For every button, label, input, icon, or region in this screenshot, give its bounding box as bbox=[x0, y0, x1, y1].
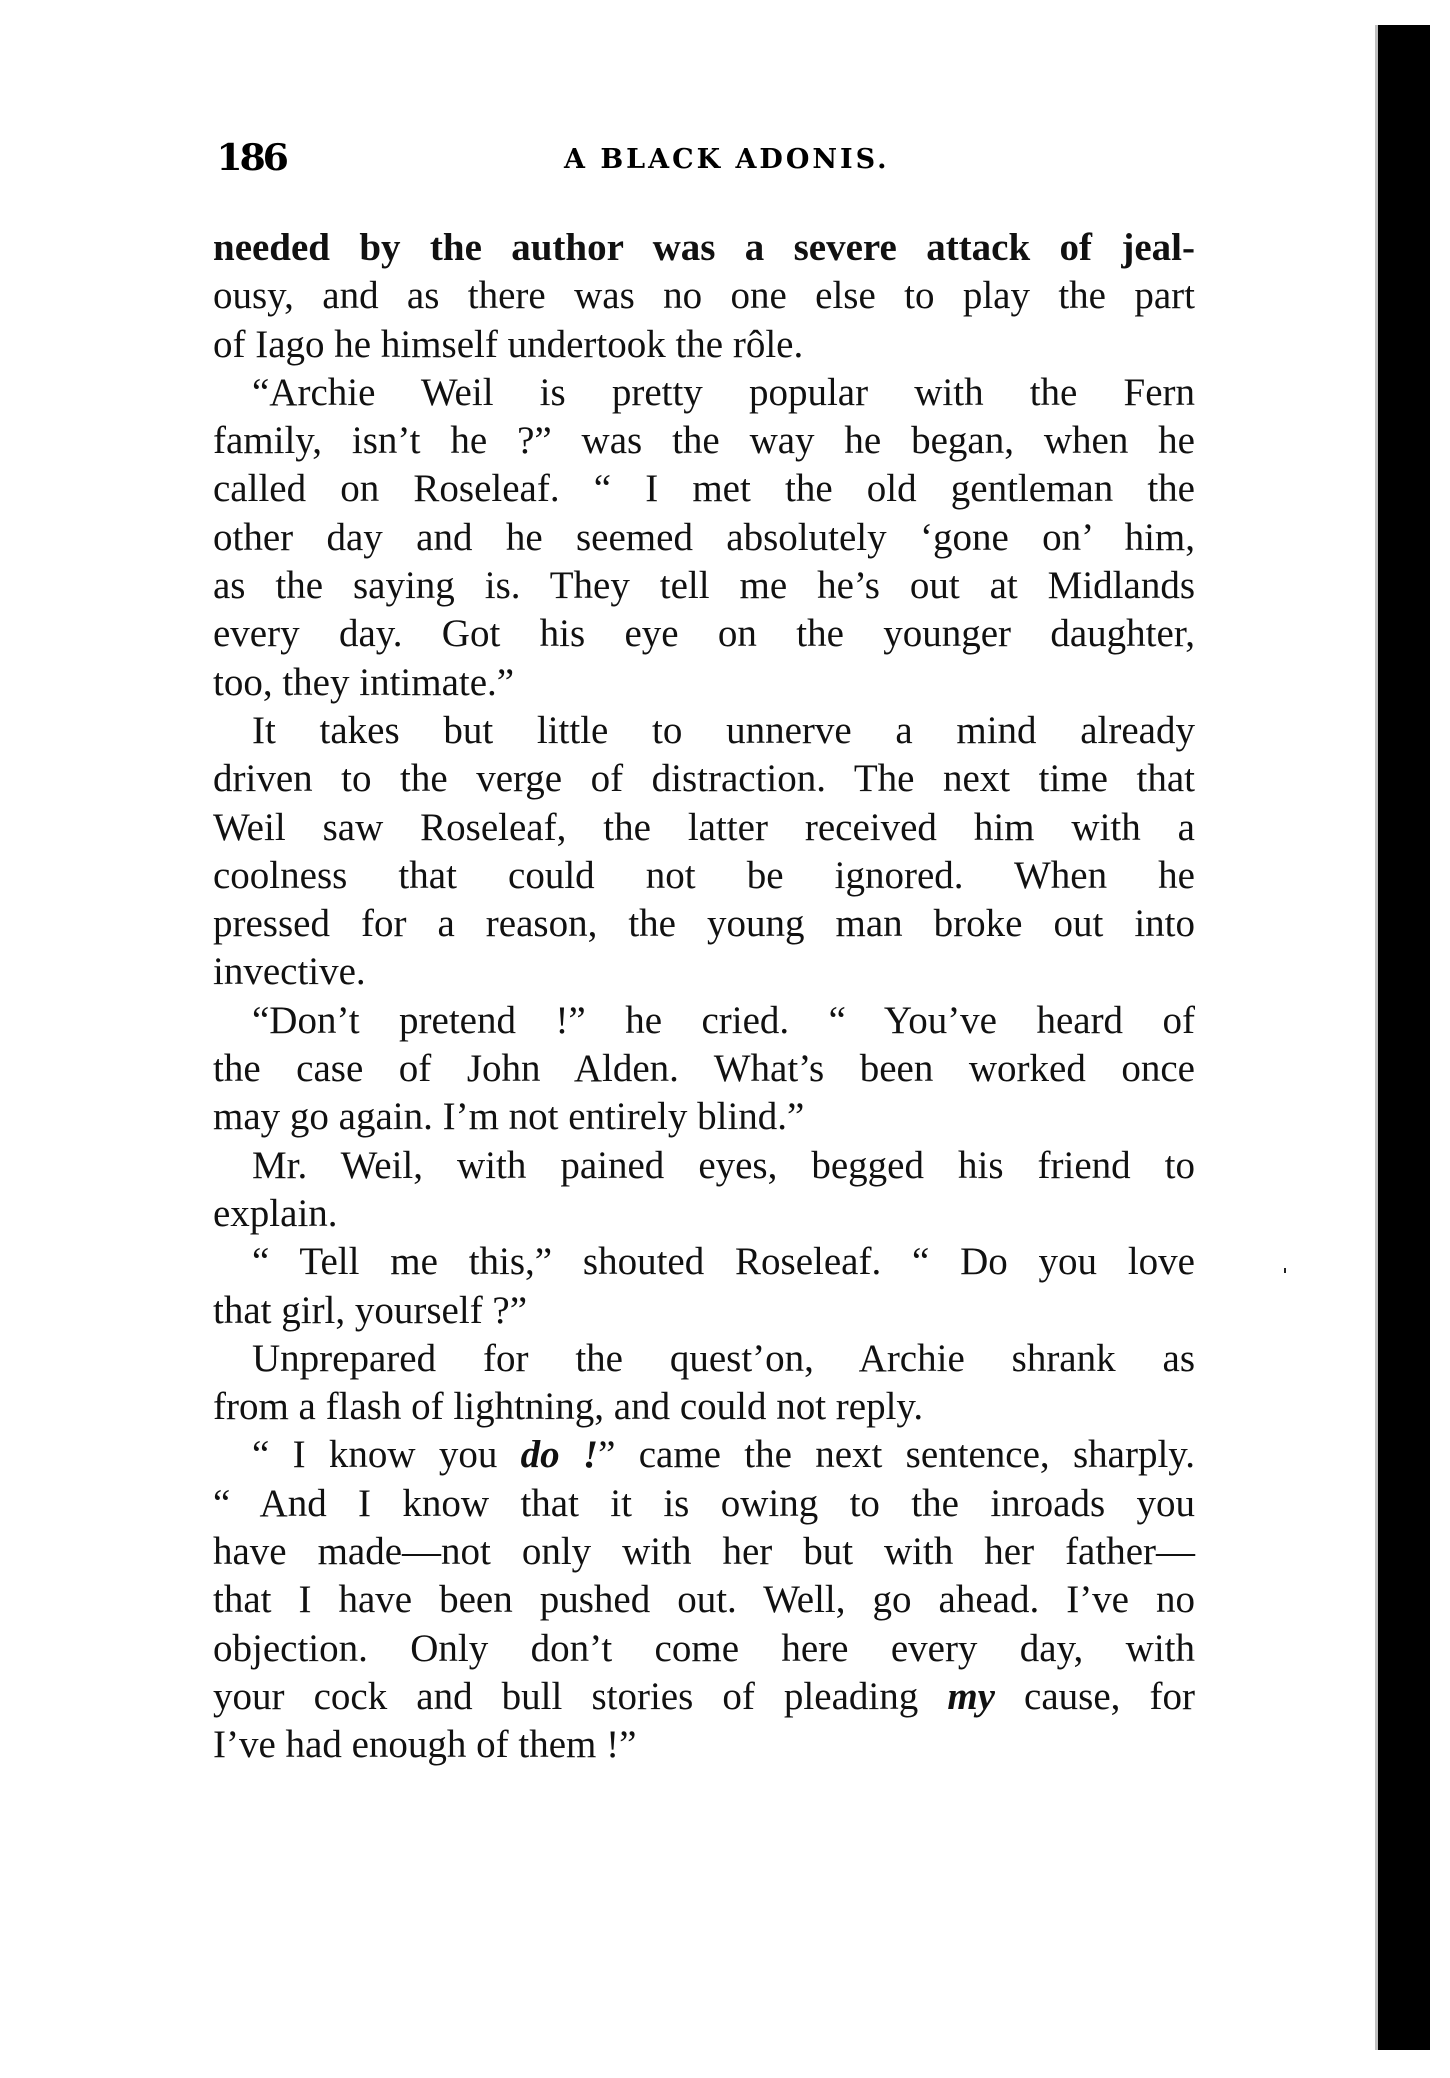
text-line: It takes but little to unnerve a mind al… bbox=[213, 707, 1195, 755]
italic-emphasis: my bbox=[947, 1675, 995, 1718]
text-line: I’ve had enough of them !” bbox=[213, 1721, 1195, 1769]
page-number: 186 bbox=[216, 136, 285, 180]
text-segment: ” came the next sentence, sharply. bbox=[598, 1433, 1195, 1476]
running-head: 186 A BLACK ADONIS. bbox=[218, 136, 1198, 180]
scanned-book-page: 186 A BLACK ADONIS. needed by the author… bbox=[0, 0, 1450, 2078]
text-line: pressed for a reason, the young man brok… bbox=[213, 900, 1195, 948]
text-line: family, isn’t he ?” was the way he began… bbox=[213, 417, 1195, 465]
text-segment: cause, for bbox=[995, 1675, 1195, 1718]
text-line: that I have been pushed out. Well, go ah… bbox=[213, 1576, 1195, 1624]
text-line: invective. bbox=[213, 948, 1195, 996]
text-segment: “ I know you bbox=[213, 1433, 521, 1476]
text-line: as the saying is. They tell me he’s out … bbox=[213, 562, 1195, 610]
text-line: Unprepared for the quest’on, Archie shra… bbox=[213, 1335, 1195, 1383]
italic-emphasis: do ! bbox=[521, 1433, 598, 1476]
binding-edge-shadow bbox=[1378, 25, 1430, 2050]
text-line: explain. bbox=[213, 1190, 1195, 1238]
text-line: the case of John Alden. What’s been work… bbox=[213, 1045, 1195, 1093]
running-title: A BLACK ADONIS. bbox=[564, 142, 890, 178]
text-line: needed by the author was a severe attack… bbox=[213, 224, 1195, 272]
text-line: your cock and bull stories of pleading m… bbox=[213, 1673, 1195, 1721]
text-segment: your cock and bull stories of pleading bbox=[213, 1675, 947, 1718]
text-line: from a flash of lightning, and could not… bbox=[213, 1383, 1195, 1431]
text-line: called on Roseleaf. “ I met the old gent… bbox=[213, 465, 1195, 513]
text-line: “Archie Weil is pretty popular with the … bbox=[213, 369, 1195, 417]
text-line: other day and he seemed absolutely ‘gone… bbox=[213, 514, 1195, 562]
text-line: too, they intimate.” bbox=[213, 659, 1195, 707]
text-line: coolness that could not be ignored. When… bbox=[213, 852, 1195, 900]
text-line: driven to the verge of distraction. The … bbox=[213, 755, 1195, 803]
text-line: “ And I know that it is owing to the inr… bbox=[213, 1480, 1195, 1528]
text-line: Weil saw Roseleaf, the latter received h… bbox=[213, 804, 1195, 852]
text-line: of Iago he himself undertook the rôle. bbox=[213, 321, 1195, 369]
body-text: needed by the author was a severe attack… bbox=[213, 224, 1195, 1770]
text-line: every day. Got his eye on the younger da… bbox=[213, 610, 1195, 658]
text-line: objection. Only don’t come here every da… bbox=[213, 1625, 1195, 1673]
text-line: “Don’t pretend !” he cried. “ You’ve hea… bbox=[213, 997, 1195, 1045]
text-line: “ I know you do !” came the next sentenc… bbox=[213, 1431, 1195, 1479]
text-line: have made—not only with her but with her… bbox=[213, 1528, 1195, 1576]
text-line: ousy, and as there was no one else to pl… bbox=[213, 272, 1195, 320]
text-line: may go again. I’m not entirely blind.” bbox=[213, 1093, 1195, 1141]
text-line: Mr. Weil, with pained eyes, begged his f… bbox=[213, 1142, 1195, 1190]
text-line: “ Tell me this,” shouted Roseleaf. “ Do … bbox=[213, 1238, 1195, 1286]
text-line: that girl, yourself ?” bbox=[213, 1287, 1195, 1335]
scan-speck bbox=[1284, 1268, 1286, 1273]
